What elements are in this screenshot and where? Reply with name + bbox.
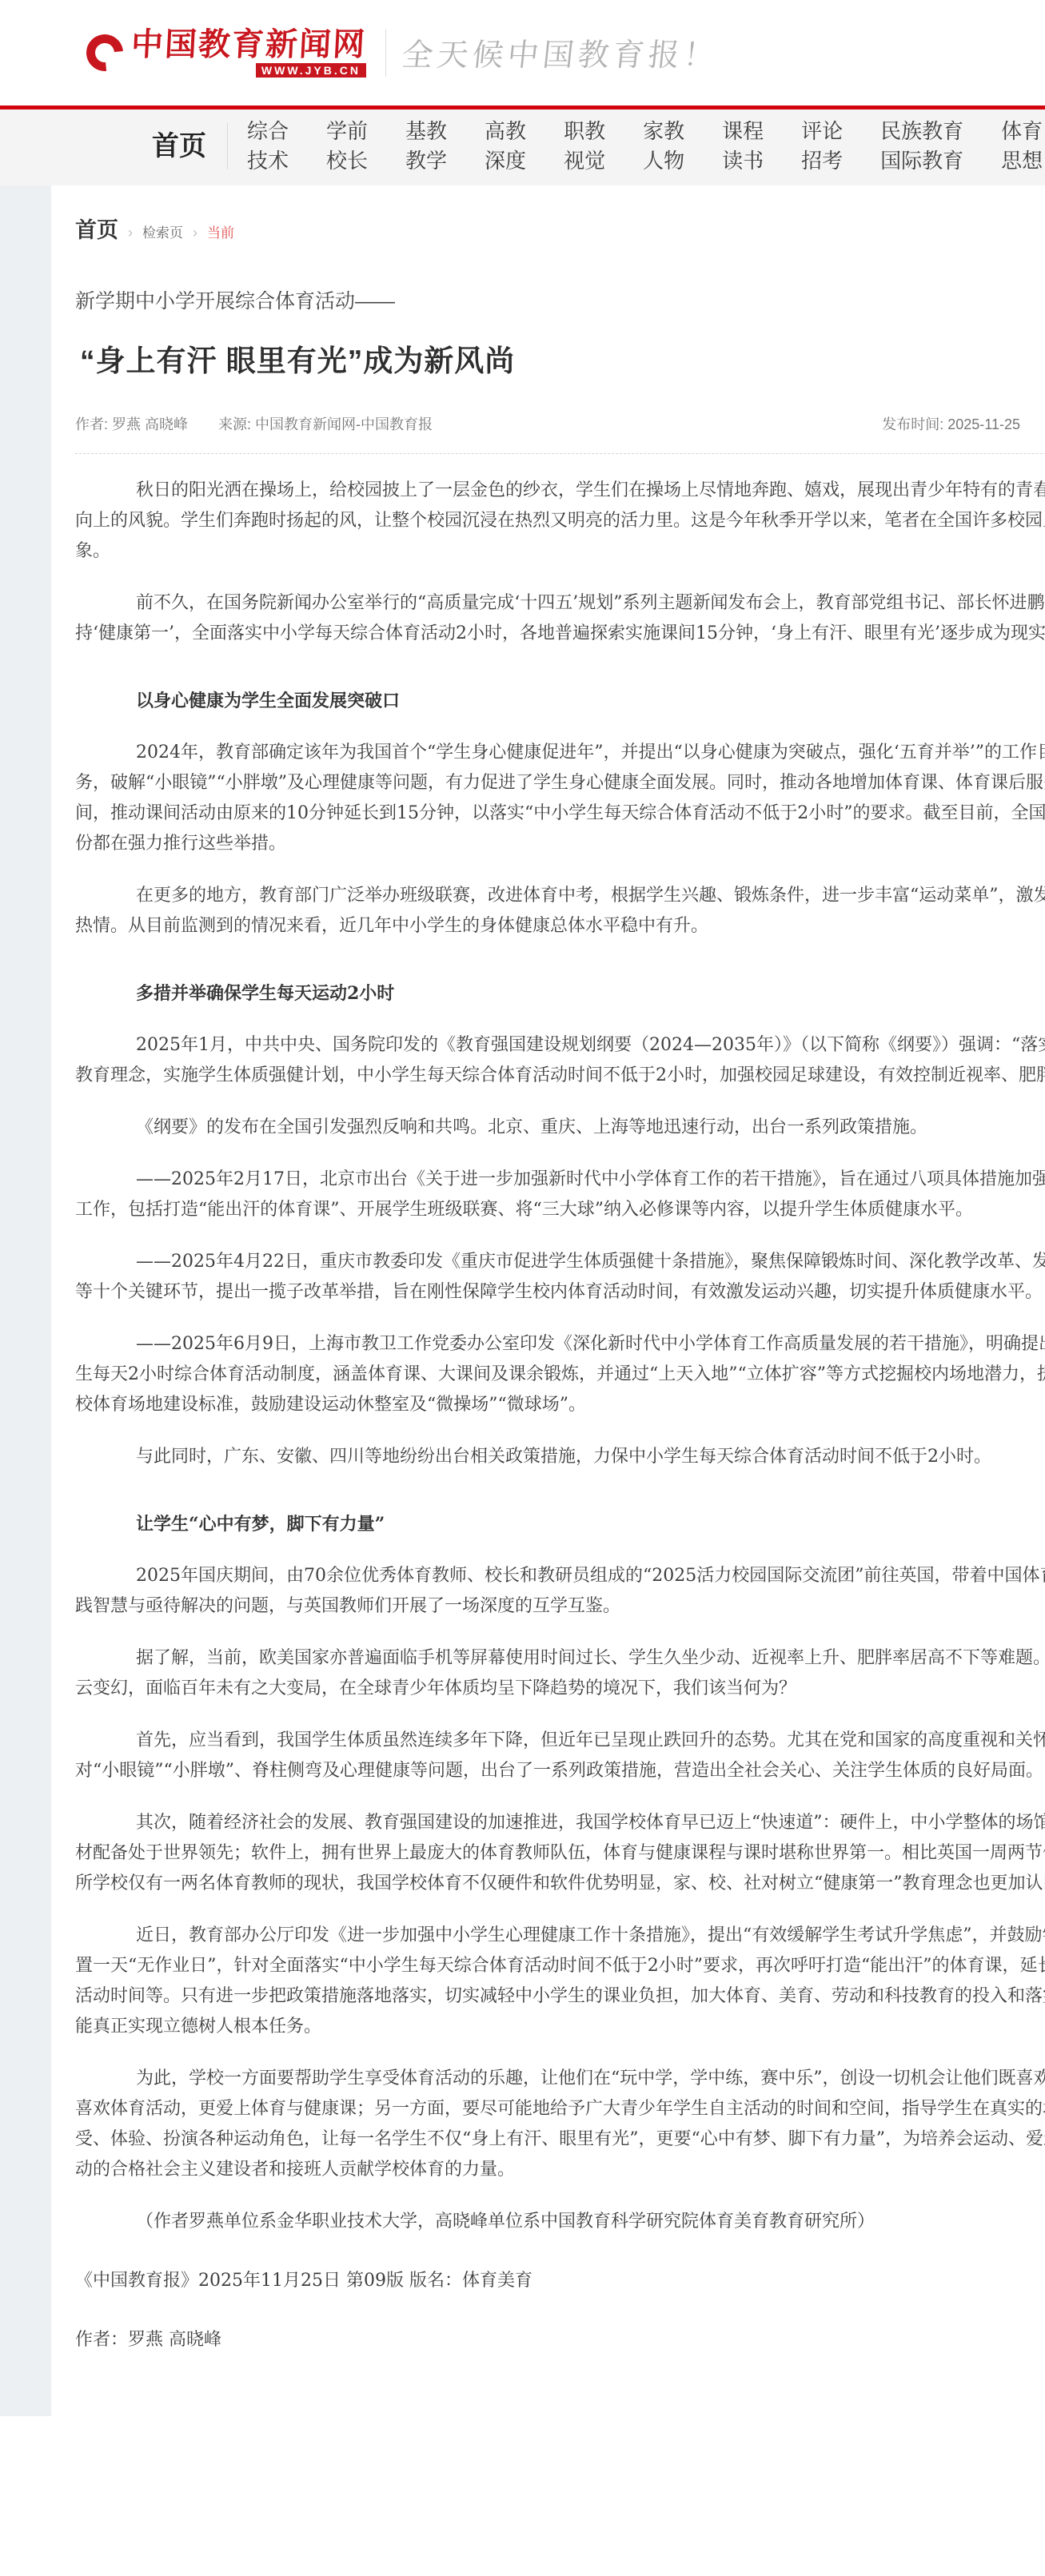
breadcrumb-separator-icon: ›	[128, 225, 133, 241]
article-paragraph: 2024年，教育部确定该年为我国首个“学生身心健康促进年”，并提出“以身心健康为…	[75, 738, 1045, 859]
nav-item-课程[interactable]: 课程	[722, 120, 764, 144]
meta-divider	[75, 453, 1045, 454]
section-heading: 让学生“心中有梦，脚下有力量”	[75, 1509, 1045, 1539]
article-paragraph: （作者罗燕单位系金华职业技术大学，高晓峰单位系中国教育科学研究院体育美育教育研究…	[75, 2207, 1045, 2237]
logo-text-block: 中国教育新闻网 WWW.JYB.CN	[131, 28, 366, 78]
nav-column: 综合技术	[247, 120, 289, 173]
article-paragraph: ——2025年2月17日，北京市出台《关于进一步加强新时代中小学体育工作的若干措…	[75, 1165, 1045, 1225]
breadcrumb-home[interactable]: 首页	[75, 213, 118, 244]
site-logo[interactable]: 中国教育新闻网 WWW.JYB.CN	[86, 28, 366, 78]
breadcrumb: 首页 › 检索页 › 当前	[75, 213, 1045, 244]
nav-item-职教[interactable]: 职教	[564, 120, 605, 144]
section-heading: 以身心健康为学生全面发展突破口	[75, 686, 1045, 716]
article-paragraph: 秋日的阳光洒在操场上，给校园披上了一层金色的纱衣，学生们在操场上尽情地奔跑、嬉戏…	[75, 476, 1045, 567]
nav-item-体育[interactable]: 体育	[1001, 120, 1043, 144]
nav-item-基教[interactable]: 基教	[405, 120, 447, 144]
meta-author: 作者: 罗燕 高晓峰	[75, 413, 188, 434]
meta-publish-time: 发布时间: 2025-11-25	[882, 413, 1020, 434]
logo-icon	[79, 27, 131, 79]
breadcrumb-current: 当前	[207, 221, 234, 241]
nav-item-教学[interactable]: 教学	[405, 149, 447, 173]
nav-item-高教[interactable]: 高教	[485, 120, 526, 144]
site-header: 中国教育新闻网 WWW.JYB.CN 全天候中国教育报！	[0, 0, 1045, 106]
nav-item-评论[interactable]: 评论	[801, 120, 843, 144]
section-heading: 多措并举确保学生每天运动2小时	[75, 978, 1045, 1009]
site-tagline: 全天候中国教育报！	[400, 30, 721, 75]
breadcrumb-separator-icon: ›	[193, 225, 197, 241]
article-paragraph: 《纲要》的发布在全国引发强烈反响和共鸣。北京、重庆、上海等地迅速行动，出台一系列…	[75, 1113, 1045, 1143]
nav-item-民族教育[interactable]: 民族教育	[880, 120, 963, 144]
article-body: 秋日的阳光洒在操场上，给校园披上了一层金色的纱衣，学生们在操场上尽情地奔跑、嬉戏…	[75, 476, 1045, 2355]
article-paragraph: 2025年1月，中共中央、国务院印发的《教育强国建设规划纲要（2024—2035…	[75, 1030, 1045, 1091]
nav-item-招考[interactable]: 招考	[801, 149, 843, 173]
nav-item-校长[interactable]: 校长	[326, 149, 368, 173]
nav-item-技术[interactable]: 技术	[247, 149, 289, 173]
article-paragraph: 为此，学校一方面要帮助学生享受体育活动的乐趣，让他们在“玩中学，学中练，赛中乐”…	[75, 2064, 1045, 2185]
breadcrumb-search-page[interactable]: 检索页	[142, 221, 183, 241]
article-title: “身上有汗 眼里有光”成为新风尚	[75, 336, 1045, 380]
nav-column: 评论招考	[801, 120, 843, 173]
article-paragraph: 2025年国庆期间，由70余位优秀体育教师、校长和教研员组成的“2025活力校园…	[75, 1561, 1045, 1622]
article-paragraph: 其次，随着经济社会的发展、教育强国建设的加速推进，我国学校体育早已迈上“快速道”…	[75, 1808, 1045, 1899]
article-meta: 作者: 罗燕 高晓峰 来源: 中国教育新闻网-中国教育报 发布时间: 2025-…	[75, 413, 1045, 434]
nav-item-综合[interactable]: 综合	[247, 120, 289, 144]
nav-column: 职教视觉	[564, 120, 605, 173]
nav-item-学前[interactable]: 学前	[326, 120, 368, 144]
article-paragraph: ——2025年4月22日，重庆市教委印发《重庆市促进学生体质强健十条措施》，聚焦…	[75, 1247, 1045, 1308]
main-nav: 首页 综合技术学前校长基教教学高教深度职教视觉家教人物课程读书评论招考民族教育国…	[0, 109, 1045, 185]
article-paragraph: 首先，应当看到，我国学生体质虽然连续多年下降，但近年已呈现止跌回升的态势。尤其在…	[75, 1726, 1045, 1786]
nav-column: 课程读书	[722, 120, 764, 173]
nav-item-深度[interactable]: 深度	[485, 149, 526, 173]
article-paragraph: 在更多的地方，教育部门广泛举办班级联赛，改进体育中考，根据学生兴趣、锻炼条件，进…	[75, 881, 1045, 942]
meta-source: 来源: 中国教育新闻网-中国教育报	[218, 413, 433, 434]
nav-column: 学前校长	[326, 120, 368, 173]
article-paragraph: ——2025年6月9日，上海市教卫工作党委办公室印发《深化新时代中小学体育工作高…	[75, 1329, 1045, 1420]
nav-divider	[227, 123, 228, 169]
header-divider	[385, 29, 386, 77]
page: 中国教育新闻网 WWW.JYB.CN 全天候中国教育报！ 首页 综合技术学前校长…	[0, 0, 1045, 2416]
nav-column: 民族教育国际教育	[880, 120, 963, 173]
nav-column: 体育思想	[1001, 120, 1043, 173]
nav-column: 基教教学	[405, 120, 447, 173]
nav-item-人物[interactable]: 人物	[643, 149, 684, 173]
nav-item-国际教育[interactable]: 国际教育	[880, 149, 963, 173]
nav-columns: 综合技术学前校长基教教学高教深度职教视觉家教人物课程读书评论招考民族教育国际教育…	[247, 120, 1043, 173]
nav-column: 家教人物	[643, 120, 684, 173]
nav-column: 高教深度	[485, 120, 526, 173]
content-inner: 首页 › 检索页 › 当前 新学期中小学开展综合体育活动—— “身上有汗 眼里有…	[75, 213, 1045, 2355]
article-paragraph: 作者：罗燕 高晓峰	[75, 2325, 1045, 2355]
nav-item-视觉[interactable]: 视觉	[564, 149, 605, 173]
nav-item-读书[interactable]: 读书	[722, 149, 764, 173]
nav-item-家教[interactable]: 家教	[643, 120, 684, 144]
nav-item-home[interactable]: 首页	[152, 132, 206, 161]
article-paragraph: 《中国教育报》2025年11月25日 第09版 版名：体育美育	[75, 2266, 1045, 2296]
article-paragraph: 据了解，当前，欧美国家亦普遍面临手机等屏幕使用时间过长、学生久坐少动、近视率上升…	[75, 1643, 1045, 1704]
article-paragraph: 与此同时，广东、安徽、四川等地纷纷出台相关政策措施，力保中小学生每天综合体育活动…	[75, 1442, 1045, 1472]
logo-text: 中国教育新闻网	[130, 28, 367, 62]
nav-item-思想[interactable]: 思想	[1001, 149, 1043, 173]
article-kicker: 新学期中小学开展综合体育活动——	[75, 285, 1045, 314]
main-area: 首页 › 检索页 › 当前 新学期中小学开展综合体育活动—— “身上有汗 眼里有…	[0, 185, 1045, 2416]
content-card: 首页 › 检索页 › 当前 新学期中小学开展综合体育活动—— “身上有汗 眼里有…	[51, 185, 1045, 2416]
article-paragraph: 近日，教育部办公厅印发《进一步加强中小学生心理健康工作十条措施》，提出“有效缓解…	[75, 1921, 1045, 2042]
logo-url-badge: WWW.JYB.CN	[256, 63, 366, 78]
article-paragraph: 前不久，在国务院新闻办公室举行的“高质量完成‘十四五’规划”系列主题新闻发布会上…	[75, 588, 1045, 649]
